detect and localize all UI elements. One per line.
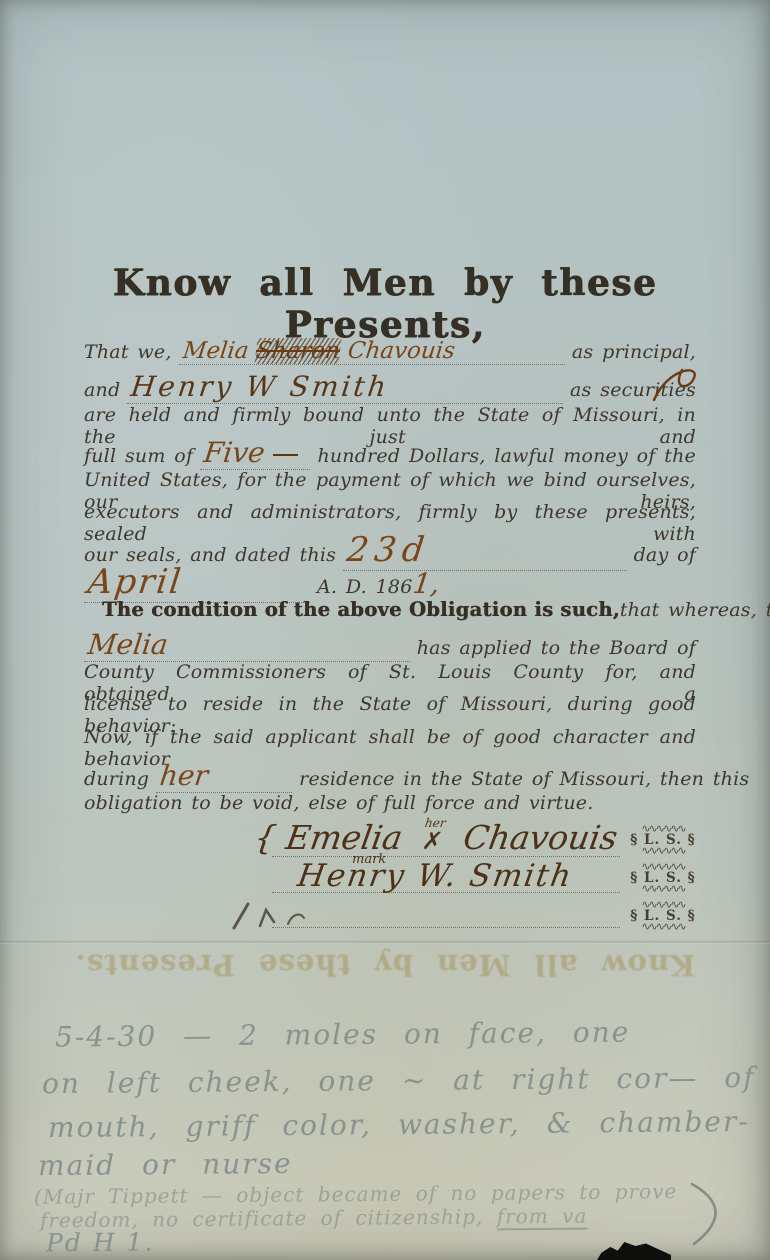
pencil-note-3: mouth, griff color, washer, & chamber- [48, 1105, 750, 1144]
seal-ls-3: ∿∿∿∿∿∿ § L. S. § ∿∿∿∿∿∿ [625, 900, 701, 932]
seal-scroll-bottom: ∿∿∿∿∿∿ [625, 846, 701, 856]
her-mark-label: her [424, 819, 446, 827]
form-line-during: during her residence in the State of Mis… [84, 759, 696, 793]
handwritten-dash [273, 454, 298, 456]
form-line-month-year: April A. D. 186 1, [84, 562, 696, 603]
handwritten-principal-given: Melia [181, 338, 250, 364]
bleed-through-title: Know all Men by these Presents. [60, 948, 710, 982]
pencil-note-4: maid or nurse [38, 1147, 293, 1182]
form-line-sum: full sum of Five hundred Dollars, lawful… [84, 436, 696, 470]
black-corner-mark [597, 1242, 671, 1260]
signature-surname: Chavouis [461, 818, 621, 857]
handwritten-amount: Five [202, 436, 267, 469]
security-name-blank: Henry W Smith [127, 370, 563, 404]
x-mark: ✗ [421, 831, 445, 851]
document-title: Know all Men by these Presents, [0, 262, 770, 346]
printed-that-we: That we, [84, 341, 172, 363]
form-line-principal: That we, Melia Sharon Chavouis as princi… [84, 338, 696, 365]
printed-ad-186: A. D. 186 [317, 576, 413, 598]
principal-name-blank: Melia Sharon Chavouis [179, 338, 565, 365]
ink-smudge [226, 898, 316, 938]
pencil-from-va-underlined: from va [497, 1204, 588, 1229]
form-line-security: and Henry W Smith as securities [84, 370, 696, 404]
seal-ls-2: ∿∿∿∿∿∿ § L. S. § ∿∿∿∿∿∿ [625, 862, 701, 894]
form-line-void: obligation to be void, else of full forc… [84, 792, 696, 814]
signature-given-name: Emelia [283, 818, 405, 857]
handwritten-security-name: Henry W Smith [129, 370, 391, 403]
handwritten-pronoun: her [158, 759, 210, 792]
printed-condition-heading: The condition of the above Obligation is… [102, 598, 620, 621]
seal-ls-1: ∿∿∿∿∿∿ § L. S. § ∿∿∿∿∿∿ [625, 824, 701, 856]
pencil-note-2: on left cheek, one ~ at right cor— of [42, 1061, 756, 1100]
printed-applied: has applied to the Board of [417, 637, 696, 659]
printed-during: during [84, 768, 149, 790]
printed-full-sum-of: full sum of [84, 445, 193, 467]
ink-flourish [648, 360, 710, 406]
handwritten-applicant-name: Melia [86, 628, 170, 661]
fold-crease [0, 941, 770, 944]
signature-line-3 [272, 927, 620, 928]
handwritten-principal-surname: Chavouis [346, 338, 456, 364]
form-line-applicant: Melia has applied to the Board of [84, 628, 696, 662]
handwritten-month: April [86, 562, 185, 602]
pencil-note-7: Pd H 1. [46, 1228, 155, 1258]
printed-condition-cont: that whereas, the said [620, 599, 770, 621]
printed-residence: residence in the State of Missouri, then… [299, 768, 749, 790]
seal-scroll-bottom: ∿∿∿∿∿∿ [625, 884, 701, 894]
applicant-blank: Melia [84, 628, 410, 662]
printed-and: and [84, 379, 120, 401]
seal-scroll-top: ∿∿∿∿∿∿ [625, 862, 701, 872]
crossed-out-word: Sharon [255, 338, 342, 364]
pronoun-blank: her [156, 759, 292, 793]
seal-scroll-top: ∿∿∿∿∿∿ [625, 824, 701, 834]
pencil-paren [688, 1178, 740, 1248]
month-blank: April [84, 562, 310, 603]
seal-scroll-bottom: ∿∿∿∿∿∿ [625, 922, 701, 932]
seal-scroll-top: ∿∿∿∿∿∿ [625, 900, 701, 910]
handwritten-year-digit: 1, [410, 567, 441, 600]
sum-blank: Five [200, 436, 310, 470]
her-mark: her ✗ [421, 823, 446, 851]
signature-brace: { [252, 818, 279, 857]
printed-hundred-dollars: hundred Dollars, lawful money of the [317, 445, 696, 467]
signature-principal: { Emelia her ✗ Chavouis [252, 818, 620, 857]
pencil-note-1: 5-4-30 — 2 moles on face, one [55, 1015, 631, 1053]
scanned-document-page: Know all Men by these Presents, That we,… [0, 0, 770, 1260]
signature-security: Henry W. Smith [295, 858, 575, 894]
form-line-condition: The condition of the above Obligation is… [84, 598, 696, 621]
